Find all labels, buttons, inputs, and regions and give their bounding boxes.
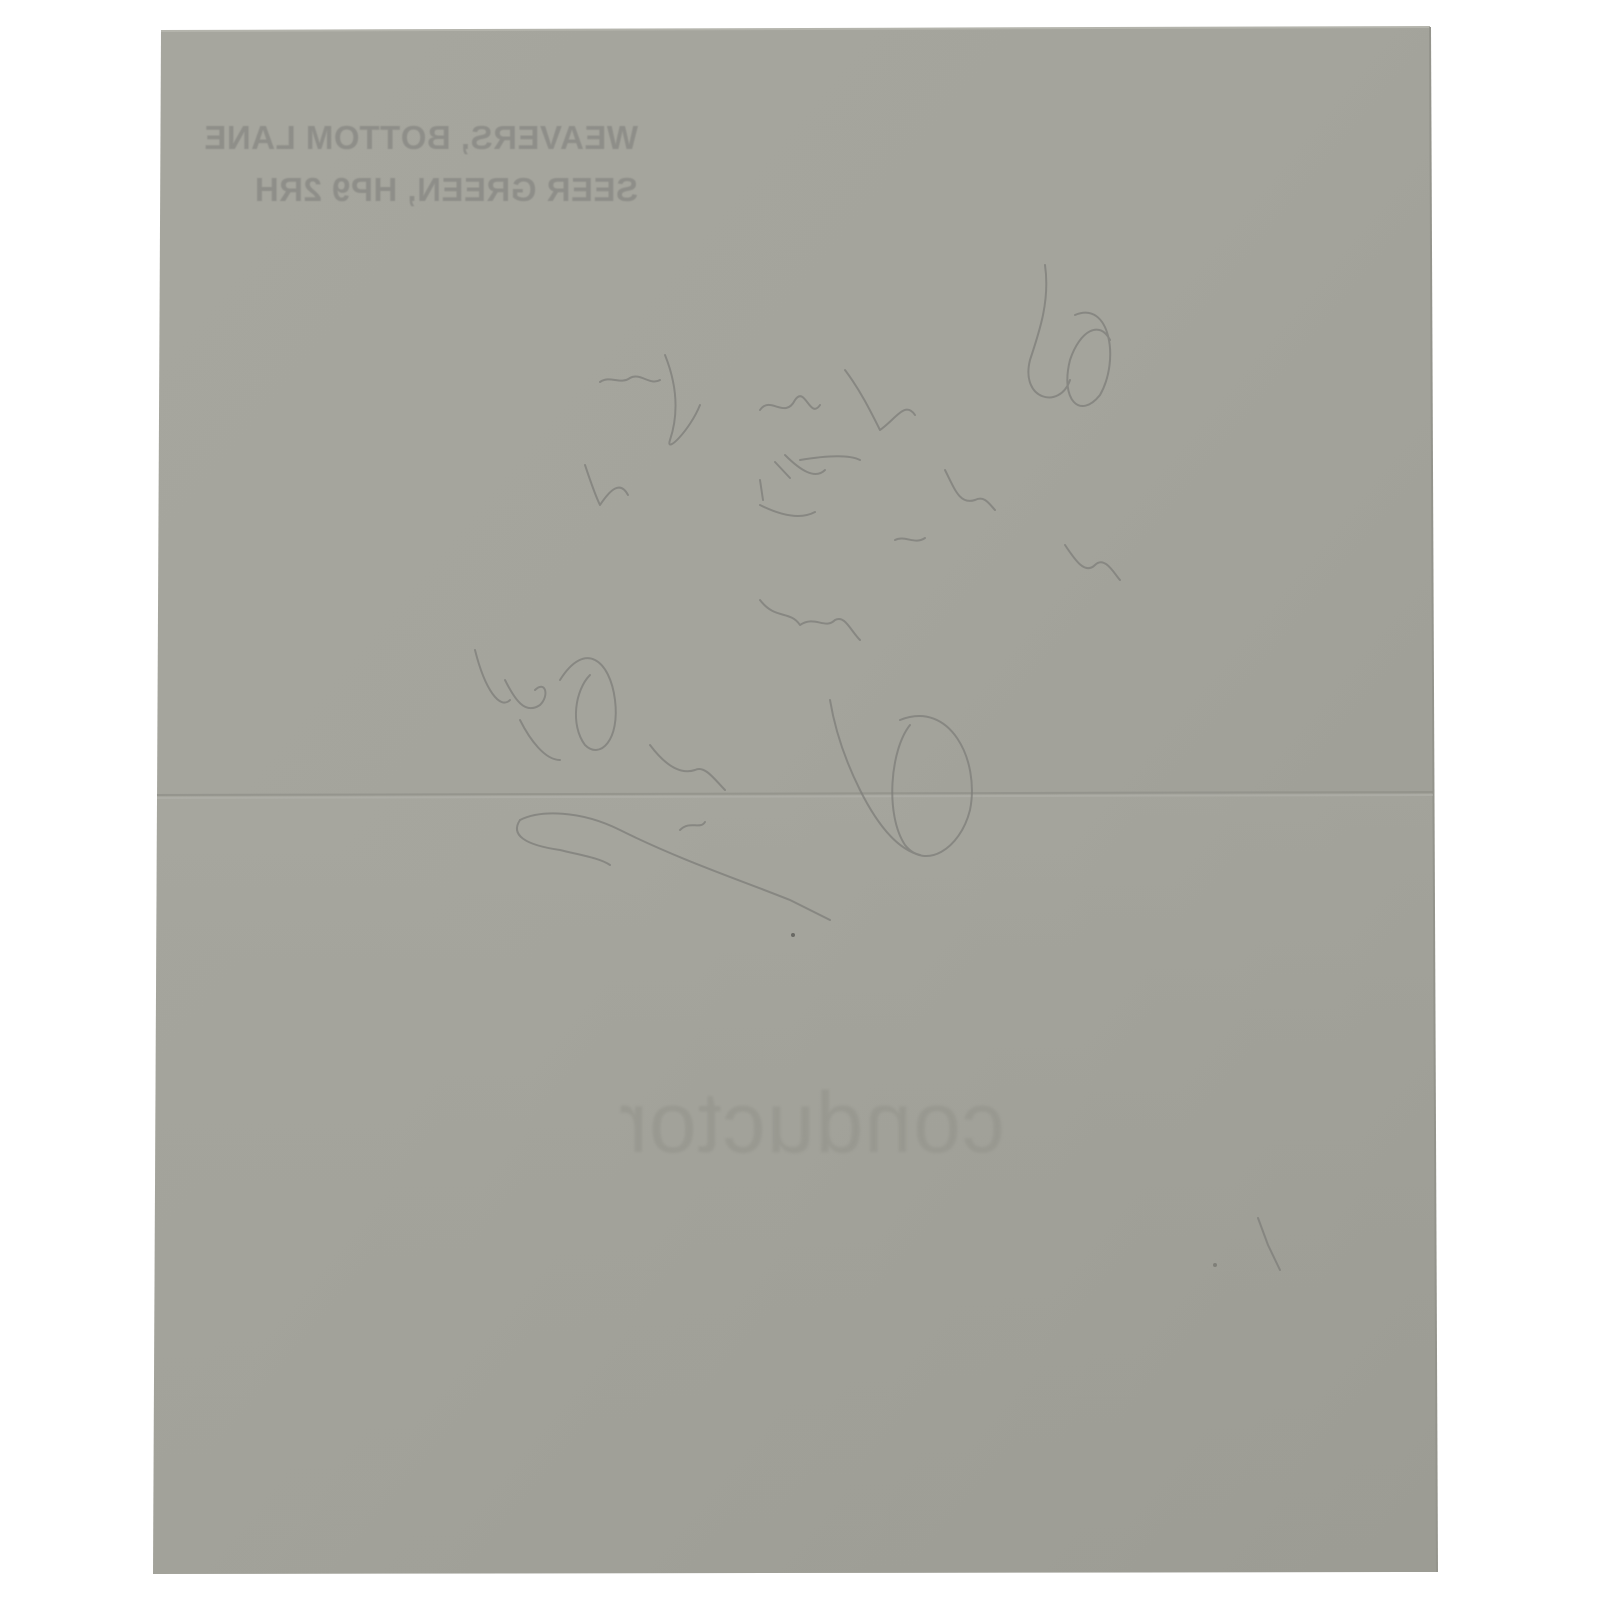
letterhead-line-1: WEAVERS, BOTTOM LANE <box>218 112 638 164</box>
printed-word-showthrough: conductor <box>585 1078 1005 1168</box>
paper-shape <box>0 0 1600 1600</box>
letterhead-line-2: SEER GREEN, HP9 2RH <box>218 164 638 216</box>
letterhead-showthrough: WEAVERS, BOTTOM LANE SEER GREEN, HP9 2RH <box>218 112 638 216</box>
photo-stage: WEAVERS, BOTTOM LANE SEER GREEN, HP9 2RH… <box>0 0 1600 1600</box>
letter-sheet: WEAVERS, BOTTOM LANE SEER GREEN, HP9 2RH… <box>0 0 1600 1600</box>
